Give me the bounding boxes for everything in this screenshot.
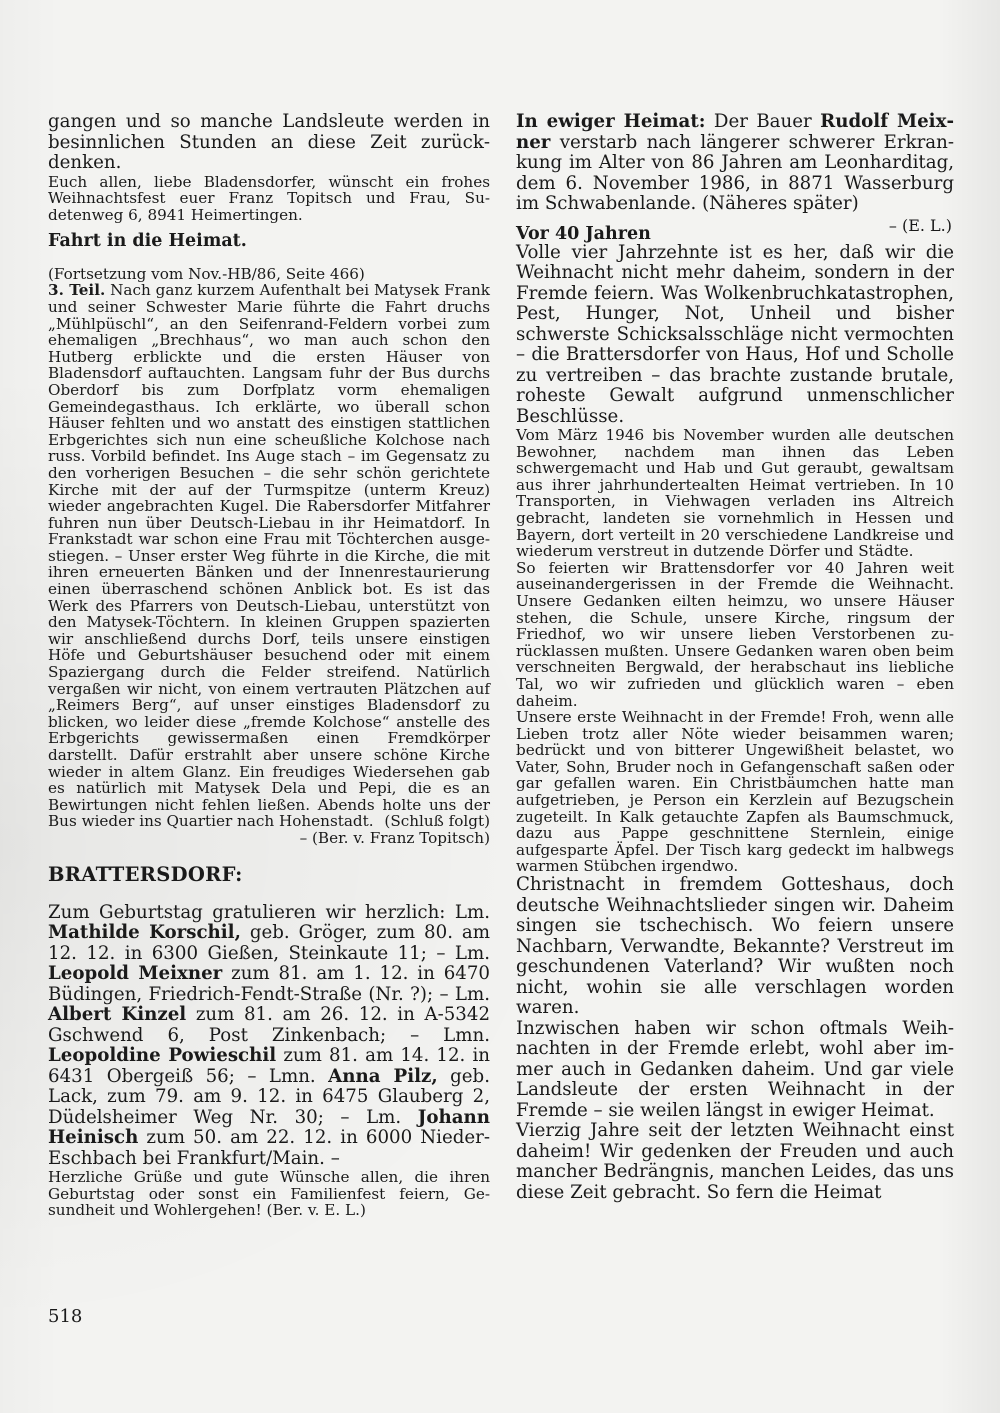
- obituary-signature: – (E. L.): [889, 217, 952, 235]
- brattersdorf-closing: Herzliche Grüße und gute Wünsche allen, …: [48, 1169, 490, 1219]
- fahrt-heading: Fahrt in die Heimat.: [48, 231, 490, 251]
- brattersdorf-heading: BRATTERSDORF:: [48, 863, 490, 887]
- birthday-name: Anna Pilz,: [328, 1066, 438, 1087]
- birthday-text: Zum Geburtstag gratulieren wir herzlich:…: [48, 902, 490, 923]
- left-column: gangen und so manche Landsleute werden i…: [48, 112, 490, 1219]
- birthday-name: Mathilde Korschil,: [48, 922, 241, 943]
- vor40-paragraph: Vierzig Jahre seit der letzten Weihnacht…: [516, 1121, 954, 1203]
- newsletter-page: gangen und so manche Landsleute werden i…: [0, 0, 1000, 1413]
- obituary-label: In ewiger Heimat:: [516, 111, 705, 132]
- vor40-paragraph: Volle vier Jahrzehnte ist es her, daß wi…: [516, 243, 954, 428]
- birthday-name: Leopoldine Powieschil: [48, 1045, 276, 1066]
- vor40-paragraph: Vom März 1946 bis November wurden alle d…: [516, 427, 954, 560]
- vor40-heading: Vor 40 Jahren: [516, 224, 651, 244]
- obituary-paragraph: In ewiger Heimat: Der Bauer Rudolf Meix­…: [516, 112, 954, 215]
- fahrt-byline: – (Ber. v. Franz Topitsch): [48, 830, 490, 847]
- christmas-greeting: Euch allen, liebe Bladensdorfer, wünscht…: [48, 174, 490, 224]
- vor40-paragraph: Christnacht in fremdem Gotteshaus, doch …: [516, 875, 954, 1019]
- fahrt-text: Nach ganz kurzem Aufenthalt bei Matysek …: [48, 281, 490, 830]
- intro-paragraph: gangen und so manche Landsleute werden i…: [48, 112, 490, 174]
- vor40-paragraph: Inzwischen haben wir schon oftmals Weih­…: [516, 1019, 954, 1122]
- to-be-continued: (Schluß folgt): [384, 813, 490, 830]
- vor40-heading-row: Vor 40 Jahren – (E. L.): [516, 225, 954, 243]
- fahrt-body: 3. Teil. Nach ganz kurzem Aufenthalt bei…: [48, 282, 490, 830]
- obituary-text: verstarb nach längerer schwerer Erkran­k…: [516, 132, 954, 215]
- vor40-paragraph: Unsere erste Weihnacht in der Fremde! Fr…: [516, 709, 954, 875]
- birthday-name: Leopold Meixner: [48, 963, 222, 984]
- obituary-text: Der Bauer: [705, 111, 820, 132]
- part-label: 3. Teil.: [48, 281, 105, 299]
- birthday-list: Zum Geburtstag gratulieren wir herzlich:…: [48, 903, 490, 1170]
- vor40-paragraph: So feierten wir Brattensdorfer vor 40 Ja…: [516, 560, 954, 709]
- right-column: In ewiger Heimat: Der Bauer Rudolf Meix­…: [516, 112, 954, 1203]
- fahrt-continuation-note: (Fortsetzung vom Nov.-HB/86, Seite 466): [48, 266, 490, 283]
- page-number: 518: [48, 1306, 82, 1327]
- birthday-name: Albert Kinzel: [48, 1004, 186, 1025]
